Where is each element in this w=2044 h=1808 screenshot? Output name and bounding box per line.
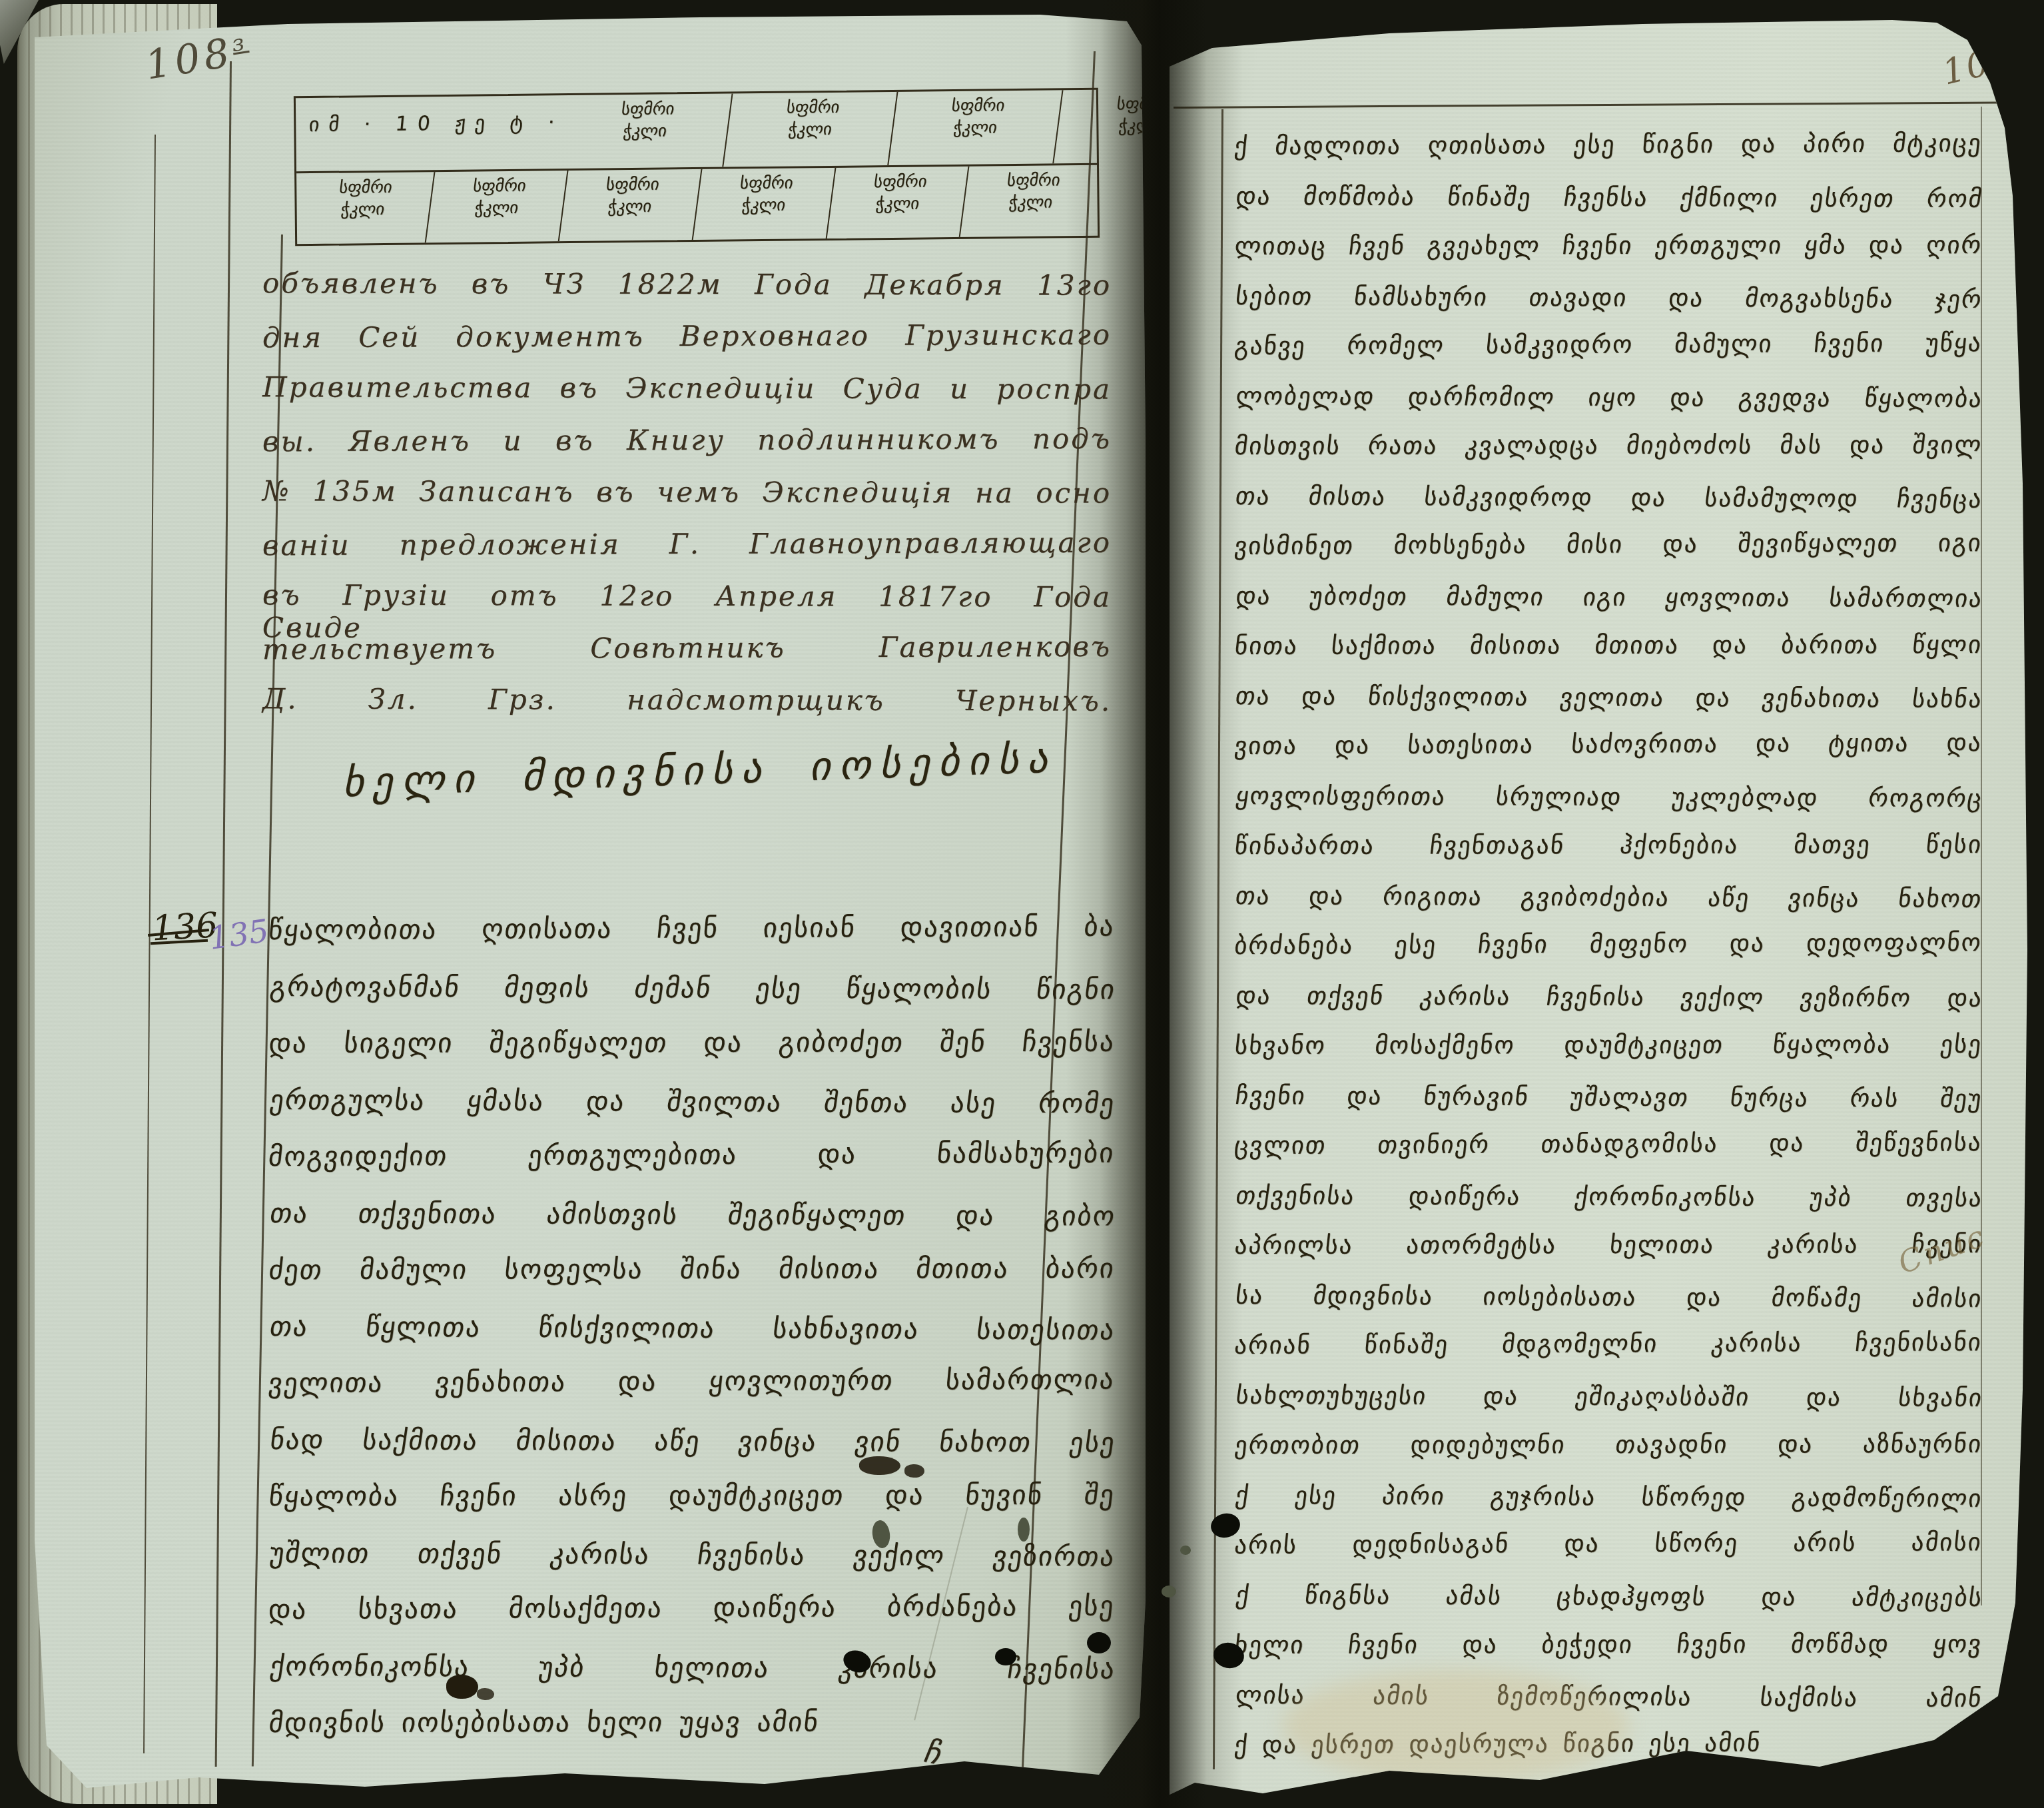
table-cell-line: ჭკლი <box>696 193 831 217</box>
georgian-text-line: მდივნის იოსებისათა ხელი უყავ ამინ <box>264 1705 1117 1763</box>
table-cell-line: სფმრი <box>298 175 434 199</box>
table-cell-line: ჭკლი <box>561 119 728 143</box>
margin-rule <box>215 61 232 1767</box>
georgian-text-line: სა მდივნისა იოსებისათა და მოწამე ამისი <box>1231 1281 1985 1334</box>
table-cell-line: სფმრი <box>699 171 835 195</box>
table-header-cell: იმ · 10 ჟე ტ · <box>292 95 566 171</box>
table-cell-line: ჭკლი <box>563 195 698 218</box>
table-cell-line: ჭკლი <box>727 117 893 141</box>
ink-blot <box>446 1675 478 1699</box>
table-cell: სფმრი ჭკლი <box>692 168 835 240</box>
georgian-signature: ხელი მდივნისა იოსებისა <box>340 735 1064 806</box>
georgian-text-line: ბრძანება ესე ჩვენი მეფენო და დედოფალნო <box>1231 928 1983 981</box>
georgian-text-line: სახლთუხუცესი და ეშიკაღასბაში და სხვანი <box>1231 1381 1985 1434</box>
header-rule <box>1174 101 2002 109</box>
georgian-text-line: ქორონიკონსა უპბ ხელითა კარისა ჩვენისა <box>264 1650 1118 1709</box>
georgian-text-line: ერთგულსა ყმასა და შვილთა შენთა ასე რომე <box>264 1084 1118 1144</box>
table-cell-line: ჭკლი <box>830 192 965 215</box>
ink-blot <box>477 1688 494 1700</box>
georgian-body-block: ქ მადლითა ღთისათა ესე წიგნი და პირი მტკი… <box>1231 132 1978 1781</box>
georgian-text-line: ველითა ვენახითა და ყოვლითურთ სამართლია <box>264 1363 1116 1424</box>
russian-text-line: вы. Явленъ и въ Книгу подлинникомъ подъ <box>262 422 1112 477</box>
table-cell: სფმრი ჭკლი <box>722 92 896 167</box>
ink-blot <box>904 1464 924 1478</box>
georgian-text-line: უშლით თქვენ კარისა ჩვენისა ვექილ ვეზირთა <box>264 1537 1118 1597</box>
georgian-text-line: და მოწმობა წინაშე ჩვენსა ქმნილი ესრეთ რო… <box>1231 182 1985 234</box>
ink-blot <box>859 1456 900 1475</box>
table-cell: სფმრი ჭკლი <box>887 90 1062 165</box>
table-cell-line: ჭკლი <box>429 196 564 219</box>
georgian-text-line: განვე რომელ სამკვიდრო მამული ჩვენი უწყა <box>1231 328 1983 382</box>
georgian-text-line: წყალობითა ღთისათა ჩვენ იესიან დავითიან ბ… <box>264 910 1116 971</box>
russian-text-line: въ Грузіи отъ 12го Апреля 1817го Года Св… <box>262 578 1112 632</box>
table-cell-line: სფმრი <box>432 174 567 197</box>
table-cell: სფმრი ჭკლი <box>558 169 701 241</box>
georgian-text-line: ვითა და სათესითა საძოვრითა და ტყითა და <box>1231 728 1983 781</box>
russian-text-line: тельствуетъ Совѣтникъ Гавриленковъ <box>262 630 1112 685</box>
georgian-text-line: აპრილსა ათორმეტსა ხელითა კარისა ჩვენი <box>1231 1230 1984 1281</box>
georgian-text-line: ცვლით თვინიერ თანადგომისა და შეწევნისა <box>1231 1128 1983 1181</box>
table-cell-line: ჭკლი <box>295 197 430 221</box>
table-cell-line: ჭკლი <box>964 191 1099 214</box>
georgian-text-line: თა თქვენითა ამისთვის შეგიწყალეთ და გიბო <box>264 1197 1118 1256</box>
russian-text-line: ваніи предложенія Г. Главноуправляющаго <box>262 526 1112 581</box>
georgian-text-line: გრატოვანმან მეფის ძემან ესე წყალობის წიგ… <box>264 971 1118 1030</box>
left-page: იმ · 10 ჟე ტ · სფმრი ჭკლი სფმრი ჭკლი სფმ… <box>35 15 1146 1788</box>
georgian-text-line: სებით ნამსახური თავადი და მოგვახსენა ჯერ <box>1231 282 1985 335</box>
wormhole <box>1162 1585 1176 1597</box>
russian-text-line: Д. Зл. Грз. надсмотрщикъ Черныхъ. <box>262 682 1112 736</box>
georgian-text-line: სხვანო მოსაქმენო დაუმტკიცეთ წყალობა ესე <box>1231 1030 1984 1081</box>
table-row1-cells: სფმრი ჭკლი სფმრი ჭკლი სფმრი ჭკლი სფმრი ჭ… <box>562 89 1222 169</box>
table-cell: სფმრი ჭკლი <box>424 171 567 242</box>
wormhole <box>995 1648 1016 1665</box>
table-cell: სფმრი ჭკლი <box>825 167 968 238</box>
georgian-text-line: წყალობა ჩვენი ასრე დაუმტკიცეთ და ნუვინ შ… <box>264 1479 1117 1537</box>
georgian-text-line: ყოვლისფერითა სრულიად უკლებლად როგორც <box>1231 781 1985 834</box>
table-cell: სფმრი ჭკლი <box>292 172 434 244</box>
table-cell-line: ჭკლი <box>892 115 1058 139</box>
wormhole <box>1180 1546 1191 1555</box>
georgian-text-line: ერთობით დიდებულნი თავადნი და აზნაურნი <box>1231 1430 1984 1481</box>
georgian-text-line: თა და წისქვილითა ველითა და ვენახითა სახნ… <box>1231 681 1985 735</box>
russian-text-line: объявленъ въ ЧЗ 1822м Года Декабря 13го <box>262 266 1112 320</box>
table-cell-line: სფმრი <box>565 173 701 196</box>
right-page: 109. ქ მადლითა ღთისათა ესე წიგნი და პირი… <box>1170 17 2030 1803</box>
folio-number-right: 109. <box>1939 35 2031 93</box>
georgian-text-line: მისთვის რათა კვალადცა მიებოძოს მას და შვ… <box>1231 430 1984 482</box>
table-cell-line: სფმრი <box>894 93 1061 117</box>
georgian-text-line: თა მისთა სამკვიდროდ და სამამულოდ ჩვენცა <box>1231 482 1985 535</box>
georgian-text-line: ხელი ჩვენი და ბეჭედი ჩვენი მოწმად ყოვ <box>1231 1629 1984 1681</box>
paper-stain <box>1283 1669 1629 1783</box>
russian-text-line: Правительства въ Экспедиціи Суда и роспр… <box>262 370 1112 424</box>
georgian-text-line: თა და რიგითა გვიბოძებია აწე ვინცა ნახოთ <box>1231 881 1985 935</box>
georgian-text-line: ქ წიგნსა ამას ცხადჰყოფს და ამტკიცებს <box>1231 1581 1985 1633</box>
table-cell: სფმრი ჭკლი <box>558 93 731 169</box>
georgian-text-line: ქ მადლითა ღთისათა ესე წიგნი და პირი მტკი… <box>1231 129 1983 182</box>
russian-text-line: № 135м Записанъ въ чемъ Экспедиція на ос… <box>262 474 1112 528</box>
georgian-text-line: და თქვენ კარისა ჩვენისა ვექილ ვეზირნო და <box>1231 981 1985 1034</box>
wormhole <box>1018 1518 1030 1542</box>
georgian-text-line: წინაპართა ჩვენთაგან ჰქონებია მათვე წესი <box>1231 830 1984 881</box>
georgian-text-line: ქ ესე პირი გუჯრისა სწორედ გადმოწერილი <box>1231 1481 1985 1534</box>
georgian-text-line: მოგვიდექით ერთგულებითა და ნამსახურები <box>264 1136 1116 1197</box>
table-row: სფმრი ჭკლი სფმრი ჭკლი სფმრი ჭკლი სფმრი ჭ… <box>296 165 1098 244</box>
table-cell-line: სფმრი <box>564 97 731 121</box>
georgian-text-line: თქვენისა დაიწერა ქორონიკონსა უპბ თვესა <box>1231 1181 1985 1234</box>
georgian-text-line: და სიგელი შეგიწყალეთ და გიბოძეთ შენ ჩვენ… <box>264 1026 1117 1084</box>
table-cell-line: სფმრი <box>729 95 896 119</box>
registration-table: იმ · 10 ჟე ტ · სფმრი ჭკლი სფმრი ჭკლი სფმ… <box>294 88 1100 246</box>
georgian-text-line: და უბოძეთ მამული იგი ყოვლითა სამართლია <box>1231 582 1985 634</box>
table-cell-line: სფმრი <box>966 169 1102 192</box>
georgian-text-line: ნითა საქმითა მისითა მთითა და ბარითა წყლი <box>1231 630 1984 681</box>
manuscript-scan: იმ · 10 ჟე ტ · სფმრი ჭკლი სფმრი ჭკლი სფმ… <box>0 0 2044 1808</box>
georgian-text-line: ნად საქმითა მისითა აწე ვინცა ვინ ნახოთ ე… <box>264 1424 1118 1483</box>
table-row: იმ · 10 ჟე ტ · სფმრი ჭკლი სფმრი ჭკლი სფმ… <box>296 90 1097 174</box>
georgian-text-line: არიან წინაშე მდგომელნი კარისა ჩვენისანი <box>1231 1328 1983 1381</box>
georgian-text-line: ჩვენი და ნურავინ უშალავთ ნურცა რას შეუ <box>1231 1081 1985 1134</box>
table-cell-line: სფმრი <box>833 170 968 193</box>
table-cell: სფმრი ჭკლი <box>959 165 1102 237</box>
georgian-text-line: თა წყლითა წისქვილითა სახნავითა სათესითა <box>264 1310 1118 1371</box>
georgian-entry-block: წყალობითა ღთისათა ჩვენ იესიან დავითიან ბ… <box>264 914 1110 1763</box>
russian-certification-block: объявленъ въ ЧЗ 1822м Года Декабря 13год… <box>262 268 1112 735</box>
wormhole <box>1087 1632 1111 1653</box>
georgian-text-line: ლითაც ჩვენ გვეახელ ჩვენი ერთგული ყმა და … <box>1231 230 1984 282</box>
georgian-text-line: ძეთ მამული სოფელსა შინა მისითა მთითა ბარ… <box>264 1252 1117 1310</box>
georgian-text-line: არის დედნისაგან და სწორე არის ამისი <box>1231 1528 1983 1581</box>
georgian-text-line: ვისმინეთ მოხსენება მისი და შევიწყალეთ იგ… <box>1231 528 1983 582</box>
georgian-text-line: ლობელად დარჩომილ იყო და გვედვა წყალობა <box>1231 382 1985 434</box>
georgian-text-line: და სხვათა მოსაქმეთა დაიწერა ბრძანება ესე <box>264 1589 1116 1650</box>
russian-text-line: дня Сей документъ Верховнаго Грузинскаго <box>262 318 1112 373</box>
